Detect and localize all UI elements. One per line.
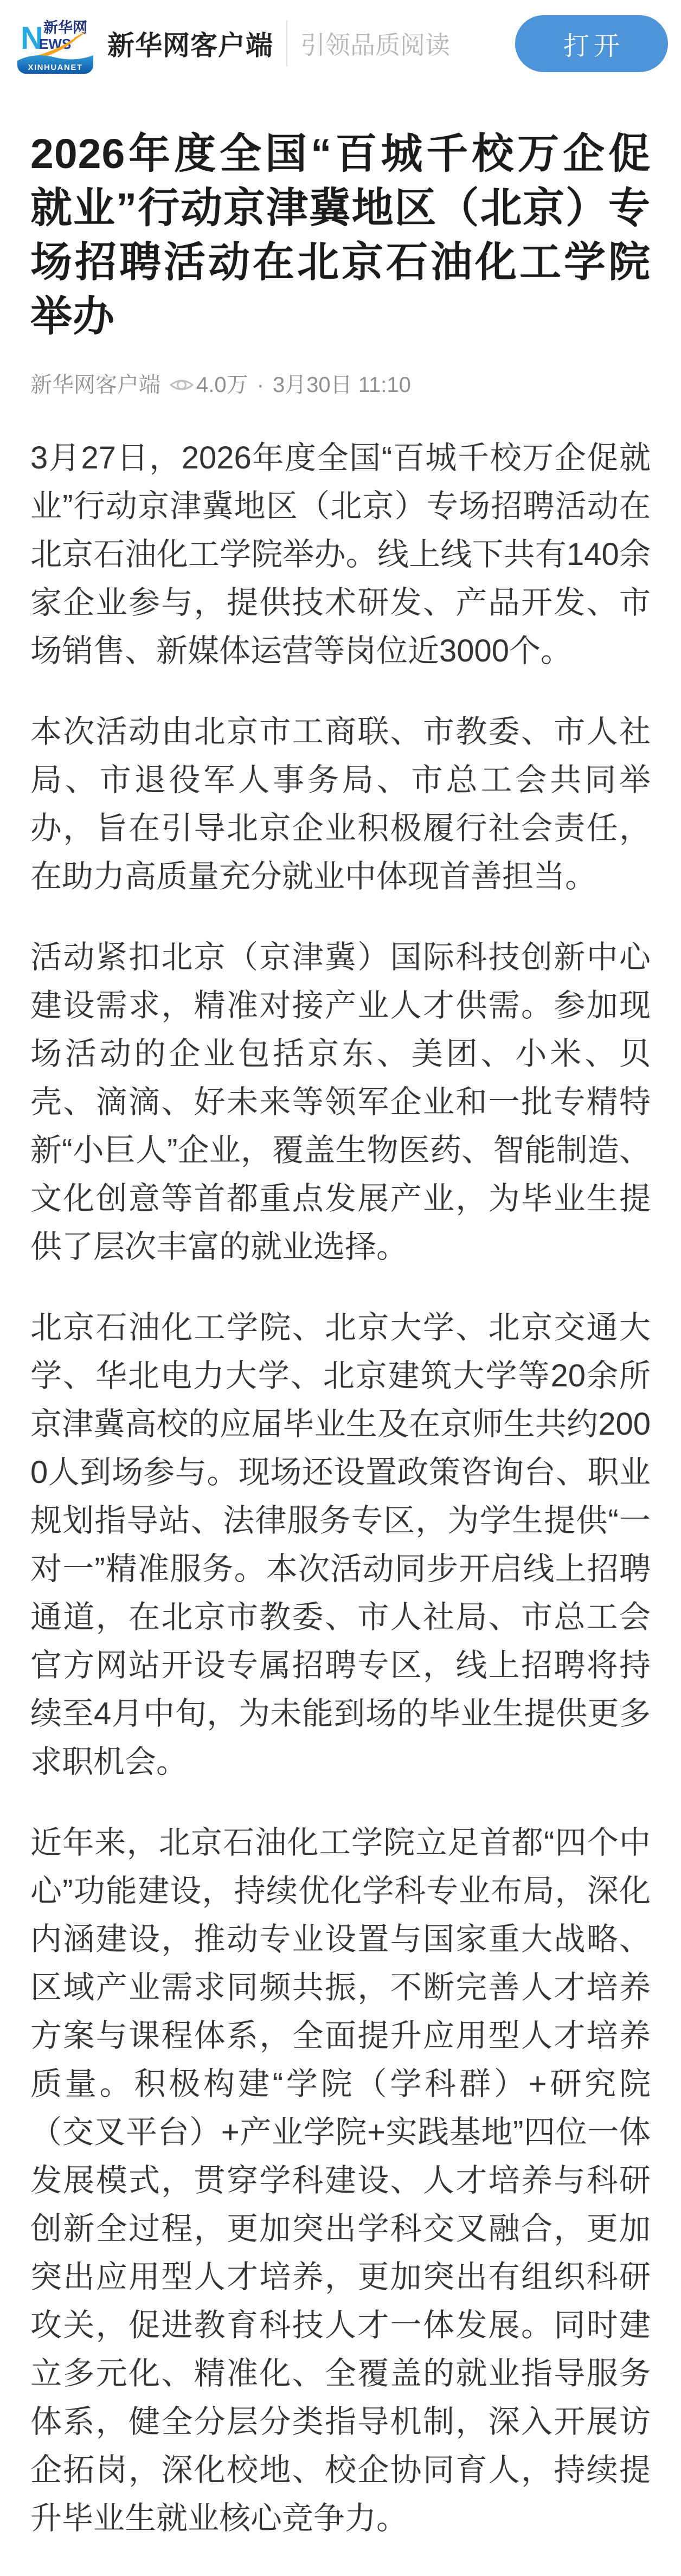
paragraph-1: 3月27日，2026年度全国“百城千校万企促就业”行动京津冀地区（北京）专场招聘… bbox=[30, 434, 651, 675]
app-download-banner: N EWS 新华网 XINHUANET 新华网客户端 引领品质阅读 打开 bbox=[0, 0, 681, 87]
page: N EWS 新华网 XINHUANET 新华网客户端 引领品质阅读 打开 202… bbox=[0, 0, 681, 2576]
logo-latin-name: XINHUANET bbox=[28, 63, 82, 72]
app-slogan: 引领品质阅读 bbox=[300, 25, 450, 61]
header-divider bbox=[286, 20, 287, 67]
article: 2026年度全国“百城千校万企促就业”行动京津冀地区（北京）专场招聘活动在北京石… bbox=[0, 127, 681, 2542]
paragraph-2: 本次活动由北京市工商联、市教委、市人社局、市退役军人事务局、市总工会共同举办，旨… bbox=[30, 708, 651, 901]
paragraph-4: 北京石油化工学院、北京大学、北京交通大学、华北电力大学、北京建筑大学等20余所京… bbox=[30, 1303, 651, 1786]
logo-cn-name: 新华网 bbox=[43, 20, 87, 36]
xinhuanet-logo: N EWS 新华网 XINHUANET bbox=[17, 13, 93, 74]
views-eye-icon bbox=[169, 376, 194, 394]
article-meta: 新华网客户端 4.0万 · 3月30日 11:10 bbox=[30, 370, 651, 400]
meta-views: 4.0万 bbox=[196, 370, 248, 400]
meta-source: 新华网客户端 bbox=[30, 370, 160, 400]
paragraph-5: 近年来，北京石油化工学院立足首都“四个中心”功能建设，持续优化学科专业布局，深化… bbox=[30, 1819, 651, 2542]
article-title: 2026年度全国“百城千校万企促就业”行动京津冀地区（北京）专场招聘活动在北京石… bbox=[30, 127, 651, 344]
paragraph-3: 活动紧扣北京（京津冀）国际科技创新中心建设需求，精准对接产业人才供需。参加现场活… bbox=[30, 933, 651, 1271]
app-name: 新华网客户端 bbox=[107, 24, 273, 63]
meta-separator: · bbox=[257, 370, 264, 400]
article-body: 3月27日，2026年度全国“百城千校万企促就业”行动京津冀地区（北京）专场招聘… bbox=[30, 434, 651, 2542]
open-app-button[interactable]: 打开 bbox=[515, 15, 668, 72]
meta-datetime: 3月30日 11:10 bbox=[273, 370, 411, 400]
